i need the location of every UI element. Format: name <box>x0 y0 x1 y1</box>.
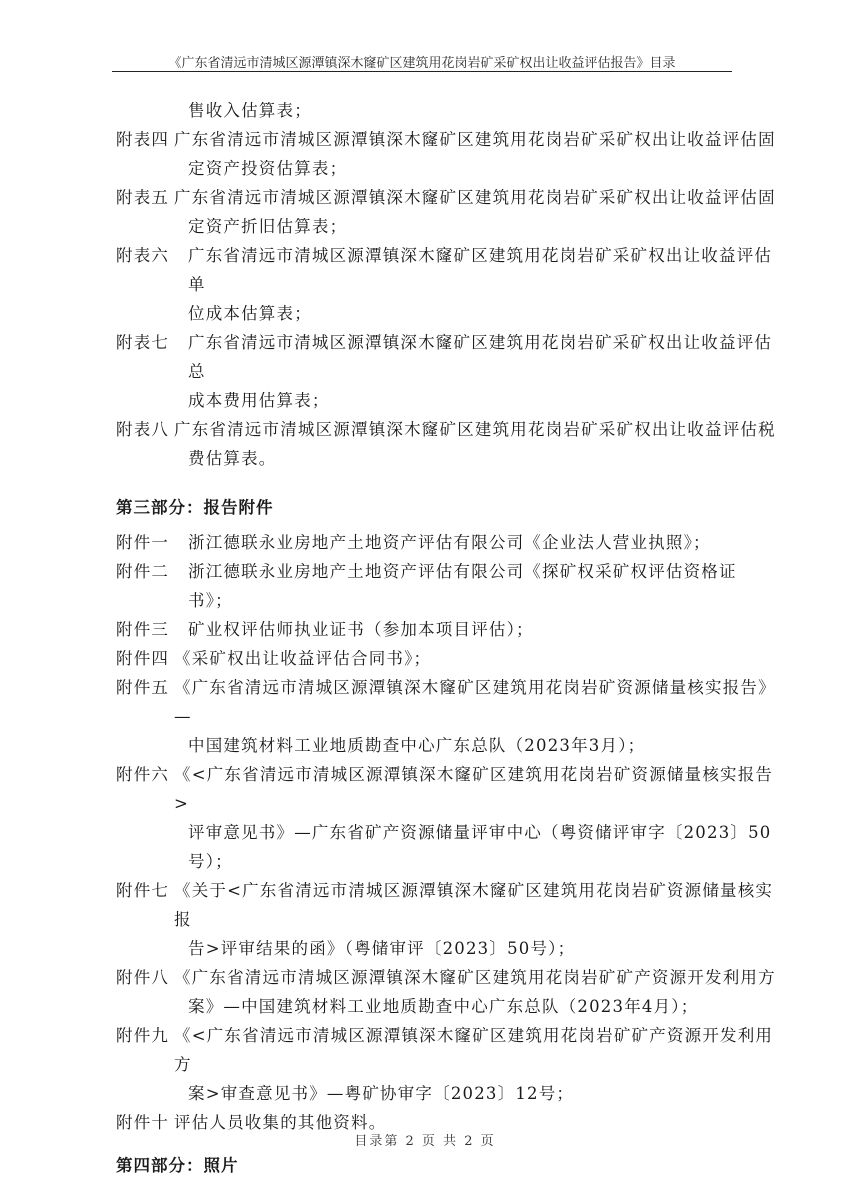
item-text: 《<广东省清远市清城区源潭镇深木窿矿区建筑用花岗岩矿资源储量核实报告> <box>174 760 776 818</box>
item-text: 浙江德联永业房地产土地资产评估有限公司《探矿权采矿权评估资格证书》； <box>188 557 776 615</box>
item-text: 《广东省清远市清城区源潭镇深木窿矿区建筑用花岗岩矿矿产资源开发利用方 <box>174 963 776 992</box>
attachment-item: 附件二浙江德联永业房地产土地资产评估有限公司《探矿权采矿权评估资格证书》； <box>116 557 776 615</box>
item-label: 附件三 <box>116 615 188 644</box>
item-text-cont: 案>审查意见书》—粤矿协审字〔2023〕12号； <box>116 1079 776 1108</box>
item-text-cont: 中国建筑材料工业地质勘查中心广东总队（2023年3月）； <box>116 731 776 760</box>
item-text-cont: 告>评审结果的函》（粤储审评〔2023〕50号）； <box>116 934 776 963</box>
attachment-item: 附件八《广东省清远市清城区源潭镇深木窿矿区建筑用花岗岩矿矿产资源开发利用方 案》… <box>116 963 776 1021</box>
attachment-item: 附件九《<广东省清远市清城区源潭镇深木窿矿区建筑用花岗岩矿矿产资源开发利用方 案… <box>116 1021 776 1108</box>
item-text-cont: 位成本估算表； <box>116 299 776 328</box>
item-text-cont: 案》—中国建筑材料工业地质勘查中心广东总队（2023年4月）； <box>116 992 776 1021</box>
item-text: 广东省清远市清城区源潭镇深木窿矿区建筑用花岗岩矿采矿权出让收益评估总 <box>188 328 776 386</box>
item-label: 附表五 <box>116 183 174 212</box>
item-label: 附件一 <box>116 528 188 557</box>
item-label: 附表八 <box>116 415 174 444</box>
item-text-cont: 定资产投资估算表； <box>116 154 776 183</box>
item-label: 附表七 <box>116 328 188 386</box>
item-label: 附表四 <box>116 125 174 154</box>
continued-line: 售收入估算表； <box>116 96 776 125</box>
attachment-item: 附件四《采矿权出让收益评估合同书》； <box>116 644 776 673</box>
item-label: 附件五 <box>116 673 174 731</box>
item-text-cont: 费估算表。 <box>116 444 776 473</box>
item-label: 附件七 <box>116 876 174 934</box>
item-text: 矿业权评估师执业证书（参加本项目评估）； <box>188 615 776 644</box>
attachment-item: 附件七《关于<广东省清远市清城区源潭镇深木窿矿区建筑用花岗岩矿资源储量核实报 告… <box>116 876 776 963</box>
item-text: 广东省清远市清城区源潭镇深木窿矿区建筑用花岗岩矿采矿权出让收益评估固 <box>174 125 776 154</box>
item-label: 附件二 <box>116 557 188 615</box>
attachment-item: 附件六《<广东省清远市清城区源潭镇深木窿矿区建筑用花岗岩矿资源储量核实报告> 评… <box>116 760 776 876</box>
item-text: 《广东省清远市清城区源潭镇深木窿矿区建筑用花岗岩矿资源储量核实报告》— <box>174 673 776 731</box>
appendix-table-item: 附表五广东省清远市清城区源潭镇深木窿矿区建筑用花岗岩矿采矿权出让收益评估固 定资… <box>116 183 776 241</box>
attachment-item: 附件五《广东省清远市清城区源潭镇深木窿矿区建筑用花岗岩矿资源储量核实报告》— 中… <box>116 673 776 760</box>
page-number-footer: 目录第 2 页 共 2 页 <box>0 1130 850 1149</box>
item-text: 广东省清远市清城区源潭镇深木窿矿区建筑用花岗岩矿采矿权出让收益评估单 <box>188 241 776 299</box>
item-text: 《<广东省清远市清城区源潭镇深木窿矿区建筑用花岗岩矿矿产资源开发利用方 <box>174 1021 776 1079</box>
appendix-table-item: 附表七广东省清远市清城区源潭镇深木窿矿区建筑用花岗岩矿采矿权出让收益评估总 成本… <box>116 328 776 415</box>
item-label: 附件九 <box>116 1021 174 1079</box>
item-text-cont: 成本费用估算表； <box>116 386 776 415</box>
item-text: 《关于<广东省清远市清城区源潭镇深木窿矿区建筑用花岗岩矿资源储量核实报 <box>174 876 776 934</box>
section-heading-part3: 第三部分：报告附件 <box>116 493 776 522</box>
appendix-table-list: 附表四广东省清远市清城区源潭镇深木窿矿区建筑用花岗岩矿采矿权出让收益评估固 定资… <box>116 125 776 473</box>
item-label: 附件八 <box>116 963 174 992</box>
attachment-list: 附件一浙江德联永业房地产土地资产评估有限公司《企业法人营业执照》； 附件二浙江德… <box>116 528 776 1137</box>
appendix-table-item: 附表四广东省清远市清城区源潭镇深木窿矿区建筑用花岗岩矿采矿权出让收益评估固 定资… <box>116 125 776 183</box>
item-text: 广东省清远市清城区源潭镇深木窿矿区建筑用花岗岩矿采矿权出让收益评估固 <box>174 183 776 212</box>
item-text: 《采矿权出让收益评估合同书》； <box>174 644 776 673</box>
toc-content: 售收入估算表； 附表四广东省清远市清城区源潭镇深木窿矿区建筑用花岗岩矿采矿权出让… <box>116 96 776 1186</box>
appendix-table-item: 附表六广东省清远市清城区源潭镇深木窿矿区建筑用花岗岩矿采矿权出让收益评估单 位成… <box>116 241 776 328</box>
appendix-table-item: 附表八广东省清远市清城区源潭镇深木窿矿区建筑用花岗岩矿采矿权出让收益评估税 费估… <box>116 415 776 473</box>
item-text: 浙江德联永业房地产土地资产评估有限公司《企业法人营业执照》； <box>188 528 776 557</box>
item-text-cont: 定资产折旧估算表； <box>116 212 776 241</box>
item-label: 附件四 <box>116 644 174 673</box>
section-heading-part4: 第四部分：照片 <box>116 1151 776 1180</box>
attachment-item: 附件三矿业权评估师执业证书（参加本项目评估）； <box>116 615 776 644</box>
item-label: 附表六 <box>116 241 188 299</box>
item-label: 附件六 <box>116 760 174 818</box>
item-text-cont: 评审意见书》—广东省矿产资源储量评审中心（粤资储评审字〔2023〕50号）； <box>116 818 776 876</box>
attachment-item: 附件一浙江德联永业房地产土地资产评估有限公司《企业法人营业执照》； <box>116 528 776 557</box>
header-divider <box>112 71 732 72</box>
item-text: 广东省清远市清城区源潭镇深木窿矿区建筑用花岗岩矿采矿权出让收益评估税 <box>174 415 776 444</box>
document-header-title: 《广东省清远市清城区源潭镇深木窿矿区建筑用花岗岩矿采矿权出让收益评估报告》目录 <box>112 52 732 71</box>
